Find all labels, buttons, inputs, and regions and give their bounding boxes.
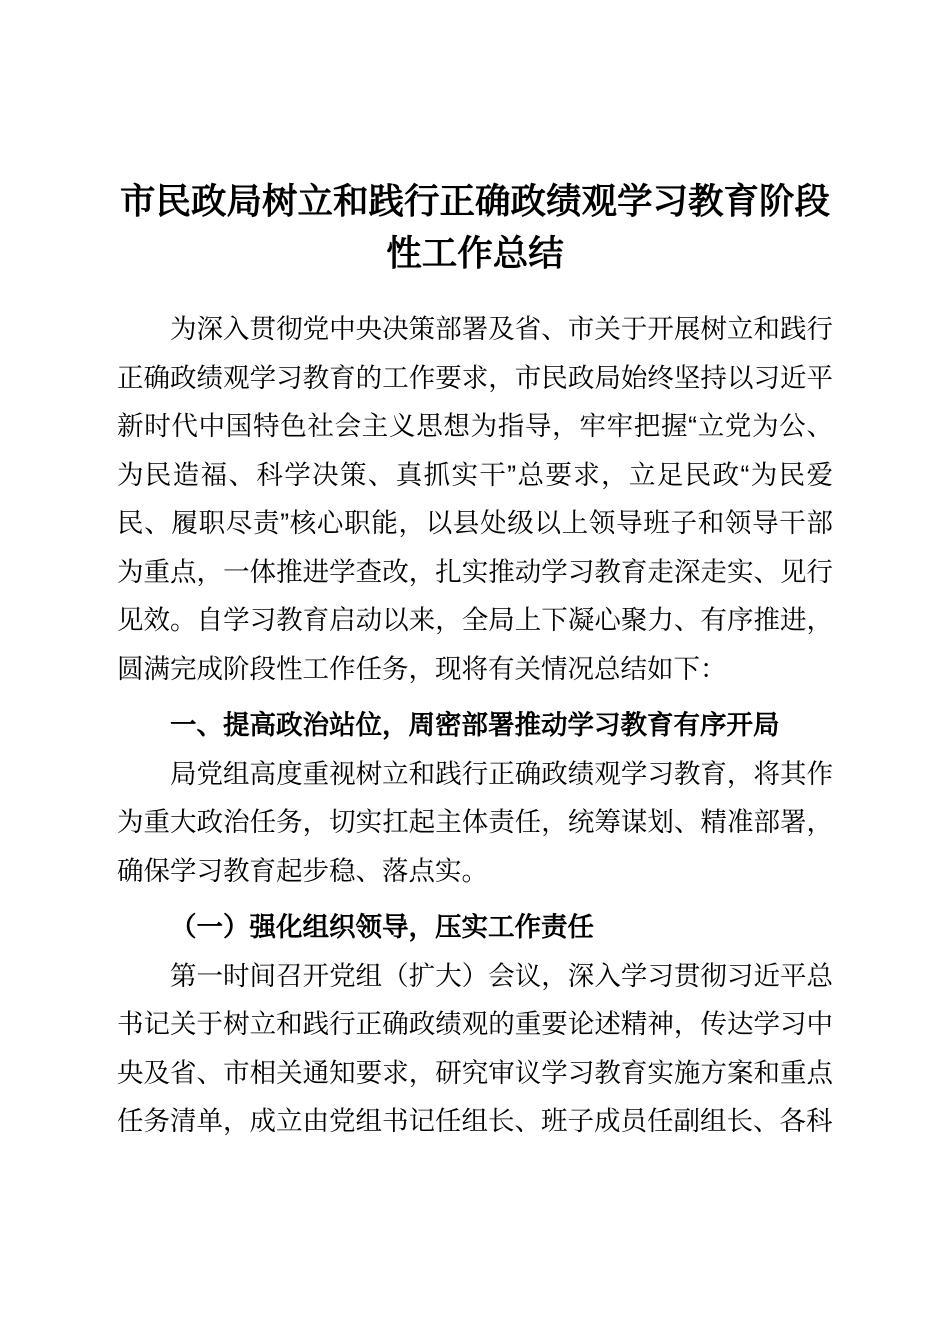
subsection-heading-1-1: （一）强化组织领导，压实工作责任: [117, 903, 833, 952]
document-body: 为深入贯彻党中央决策部署及省、市关于开展树立和践行正确政绩观学习教育的工作要求，…: [117, 305, 833, 1146]
paragraph-intro: 为深入贯彻党中央决策部署及省、市关于开展树立和践行正确政绩观学习教育的工作要求，…: [117, 305, 833, 693]
paragraph-section-1: 局党组高度重视树立和践行正确政绩观学习教育，将其作为重大政治任务，切实扛起主体责…: [117, 750, 833, 896]
document-title: 市民政局树立和践行正确政绩观学习教育阶段性工作总结: [117, 175, 833, 279]
document-page: 市民政局树立和践行正确政绩观学习教育阶段性工作总结 为深入贯彻党中央决策部署及省…: [0, 0, 950, 1344]
section-heading-1: 一、提高政治站位，周密部署推动学习教育有序开局: [117, 701, 833, 750]
paragraph-subsection-1-1: 第一时间召开党组（扩大）会议，深入学习贯彻习近平总书记关于树立和践行正确政绩观的…: [117, 952, 833, 1146]
